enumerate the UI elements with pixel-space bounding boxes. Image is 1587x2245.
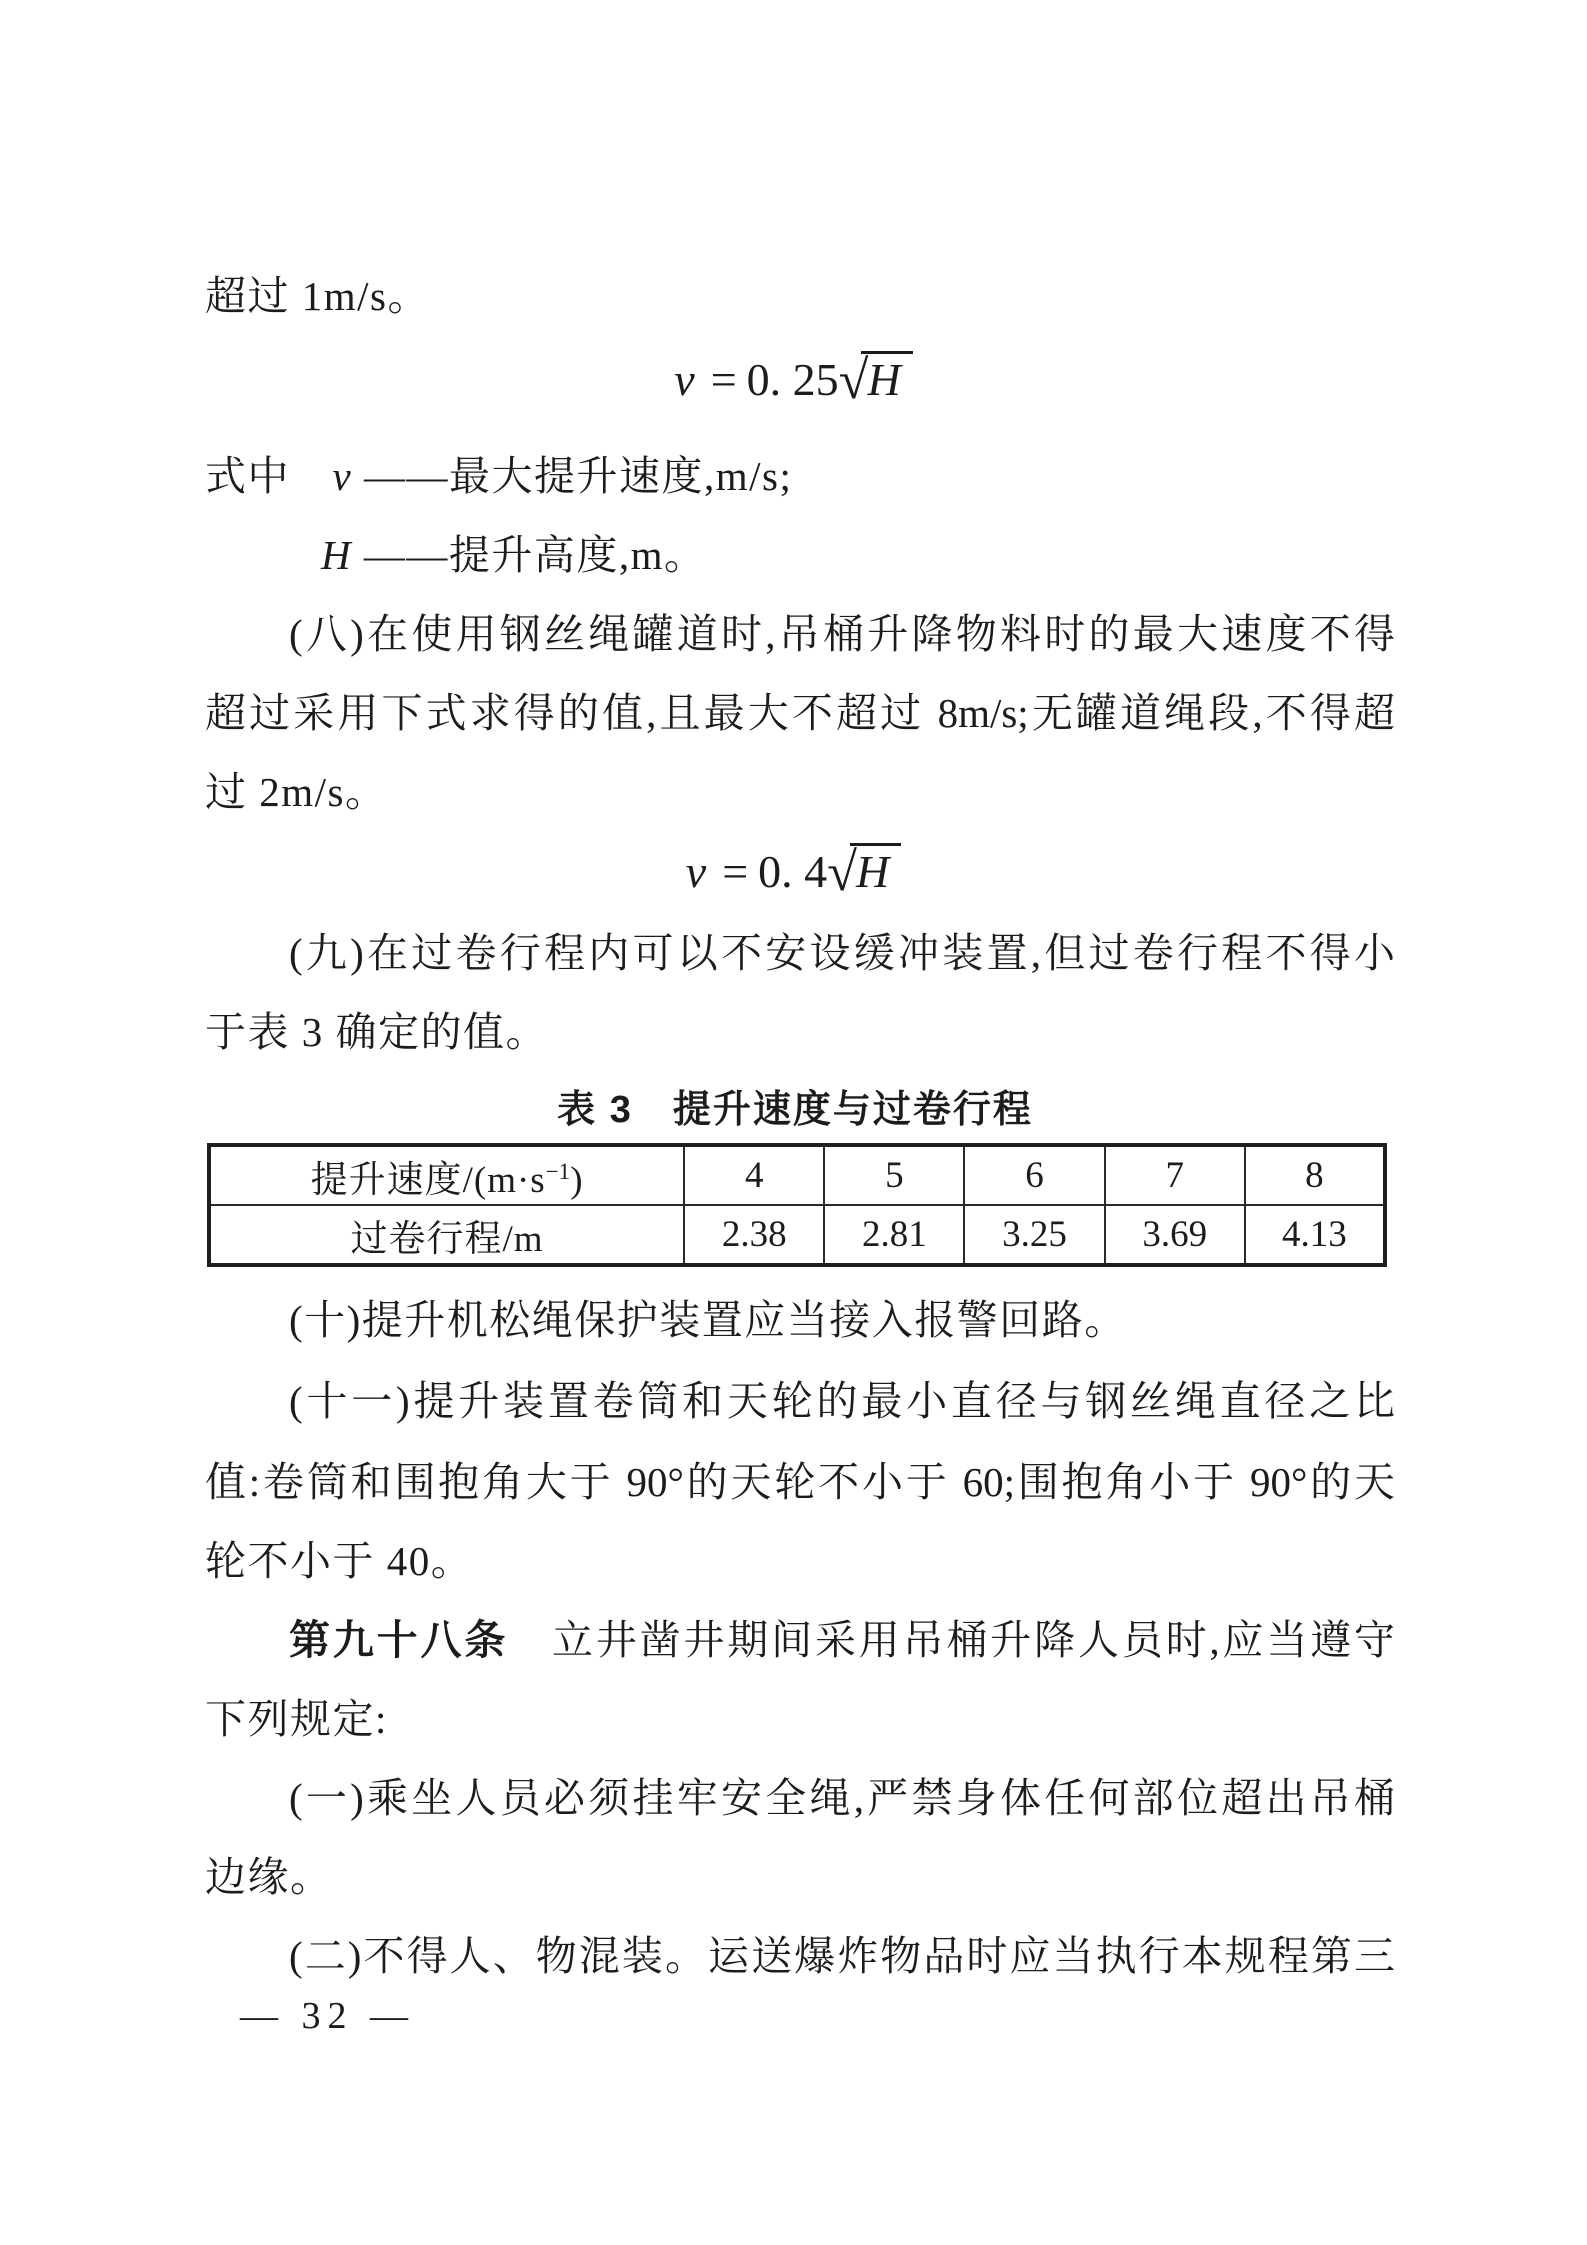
formula-legend-var-v: v [333, 453, 353, 499]
formula-variable: v [686, 846, 706, 897]
table-cell-speed: 7 [1105, 1145, 1245, 1205]
body-line: (八)在使用钢丝绳罐道时,吊桶升降物料时的最大速度不得 [205, 606, 1395, 662]
table-cell-speed: 5 [824, 1145, 964, 1205]
table-cell-travel: 2.38 [684, 1205, 824, 1265]
table-header-travel: 过卷行程/m [209, 1205, 684, 1265]
body-line: 过 2m/s。 [205, 764, 1395, 820]
table-cell-travel: 3.69 [1105, 1205, 1245, 1265]
formula-legend-text: ——提升高度,m。 [352, 532, 706, 578]
table-caption: 表 3 提升速度与过卷行程 [205, 1086, 1385, 1134]
body-line: (二)不得人、物混装。运送爆炸物品时应当执行本规程第三 [205, 1928, 1395, 1984]
formula-legend-text: ——最大提升速度,m/s; [352, 453, 792, 499]
body-line: 轮不小于 40。 [205, 1533, 1395, 1589]
square-root: √H [827, 840, 901, 904]
article-number-bold: 第九十八条 [289, 1617, 508, 1663]
body-line: 于表 3 确定的值。 [205, 1004, 1395, 1060]
equals-sign: = [711, 354, 737, 405]
formula-coefficient: 0. 25 [747, 354, 839, 405]
table-cell-speed: 6 [964, 1145, 1104, 1205]
table-cell-travel: 2.81 [824, 1205, 964, 1265]
body-line: 值:卷筒和围抱角大于 90°的天轮不小于 60;围抱角小于 90°的天 [205, 1454, 1395, 1510]
body-line: 下列规定: [205, 1691, 1395, 1747]
speed-travel-table: 提升速度/(m·s−1) 4 5 6 7 8 过卷行程/m 2.38 2.81 … [207, 1143, 1387, 1267]
article-98-line: 第九十八条 立井凿井期间采用吊桶升降人员时,应当遵守 [205, 1612, 1395, 1668]
table-cell-speed: 8 [1245, 1145, 1385, 1205]
body-line: (十一)提升装置卷筒和天轮的最小直径与钢丝绳直径之比 [205, 1373, 1395, 1429]
speed-unit-close: ) [570, 1160, 583, 1201]
formula-coefficient: 0. 4 [758, 846, 827, 897]
formula-radicand: H [856, 846, 889, 897]
page-number: — 32 — [240, 1994, 415, 2038]
square-root: √H [839, 348, 913, 412]
speed-unit-exponent: −1 [546, 1159, 570, 1184]
document-page: 超过 1m/s。 v=0. 25√H 式中 v ——最大提升速度,m/s; H … [0, 0, 1587, 2245]
body-line: 超过采用下式求得的值,且最大不超过 8m/s;无罐道绳段,不得超 [205, 685, 1395, 741]
equals-sign: = [722, 846, 748, 897]
table-row-travel: 过卷行程/m 2.38 2.81 3.25 3.69 4.13 [209, 1205, 1385, 1265]
body-line: 边缘。 [205, 1849, 1395, 1905]
formula-v-04: v=0. 4√H [0, 840, 1587, 904]
speed-unit-text: 提升速度/(m·s [311, 1160, 546, 1201]
article-text: 立井凿井期间采用吊桶升降人员时,应当遵守 [508, 1617, 1395, 1663]
body-line: (一)乘坐人员必须挂牢安全绳,严禁身体任何部位超出吊桶 [205, 1770, 1395, 1826]
body-line: 超过 1m/s。 [205, 268, 1395, 324]
table-header-speed: 提升速度/(m·s−1) [209, 1145, 684, 1205]
body-line: H ——提升高度,m。 [321, 527, 707, 583]
body-line: (九)在过卷行程内可以不安设缓冲装置,但过卷行程不得小 [205, 925, 1395, 981]
body-line: 式中 v ——最大提升速度,m/s; [205, 448, 1395, 504]
table-cell-travel: 3.25 [964, 1205, 1104, 1265]
formula-v-025: v=0. 25√H [0, 348, 1587, 412]
table-cell-travel: 4.13 [1245, 1205, 1385, 1265]
table-cell-speed: 4 [684, 1145, 824, 1205]
body-line: (十)提升机松绳保护装置应当接入报警回路。 [205, 1292, 1395, 1348]
formula-variable: v [674, 354, 694, 405]
formula-legend-var-h: H [321, 532, 352, 578]
table-row-speed: 提升速度/(m·s−1) 4 5 6 7 8 [209, 1145, 1385, 1205]
formula-legend-prefix: 式中 [205, 453, 333, 499]
formula-radicand: H [867, 354, 900, 405]
